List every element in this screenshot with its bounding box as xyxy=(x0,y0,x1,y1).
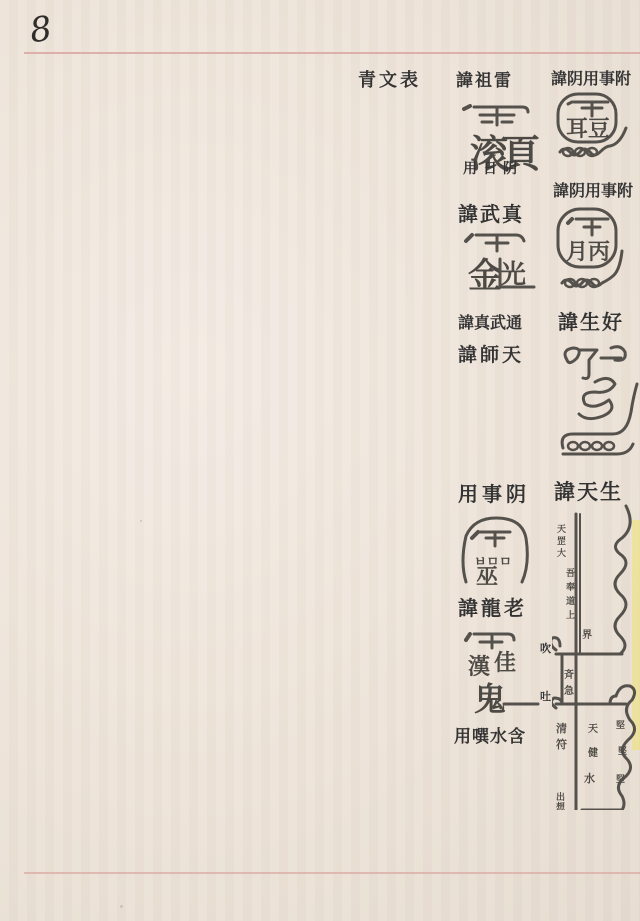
svg-text:堅: 堅 xyxy=(616,773,625,785)
caption-zhenwu: 諱真武通 xyxy=(458,310,522,333)
talisman-laolong: 漢 佳 鬼 xyxy=(460,622,550,726)
svg-text:界: 界 xyxy=(582,628,592,641)
caption-leizu: 用日阴 xyxy=(463,158,523,178)
svg-text:金: 金 xyxy=(468,256,502,295)
svg-text:上: 上 xyxy=(566,609,575,621)
diagram-side-label-chui: 吹 xyxy=(540,640,551,656)
svg-text:堅: 堅 xyxy=(618,745,627,757)
talisman-haosheng xyxy=(555,336,640,470)
svg-text:奉: 奉 xyxy=(565,581,575,593)
header-leizu: 諱祖雷 xyxy=(456,66,513,91)
svg-text:天: 天 xyxy=(588,723,598,735)
talisman-zhenwu-glyph-icon: 金 光 xyxy=(456,225,546,295)
svg-text:罡: 罡 xyxy=(557,535,566,547)
svg-text:健: 健 xyxy=(587,746,598,759)
diagram-label-wufeng: 吾 xyxy=(566,567,575,579)
header-yinyongshi-2: 諱阴用事附 xyxy=(553,178,633,201)
talisman-laolong-glyph-icon: 漢 佳 鬼 xyxy=(460,622,550,722)
title-tianshi: 諱師天 xyxy=(458,340,524,367)
svg-text:出: 出 xyxy=(556,791,565,803)
svg-text:水: 水 xyxy=(584,771,595,785)
talisman-boxed-2-glyph-icon: 月 丙 xyxy=(554,205,640,300)
diagram-side-label-tu: 吐 xyxy=(540,688,551,704)
talisman-haosheng-glyph-icon xyxy=(555,336,640,466)
title-haosheng: 諱生好 xyxy=(558,306,624,335)
talisman-diagram-lines-icon: 天 罡 大 吾 奉 道 上 界 斉 急 清 符 天 健 水 堅 堅 堅 出 想 xyxy=(552,500,640,810)
svg-text:清: 清 xyxy=(556,721,567,735)
bottom-rule xyxy=(24,872,640,874)
svg-text:道: 道 xyxy=(566,595,575,607)
svg-text:急: 急 xyxy=(564,684,575,697)
paper-speck xyxy=(140,520,142,522)
page-number: 8 xyxy=(27,9,54,52)
talisman-yin-use-glyph-icon: ㅂㅁㅁ 巫 xyxy=(456,512,538,592)
header-qingwenbiao: 青文表 xyxy=(358,66,421,92)
title-laolong: 諱龍老 xyxy=(458,592,527,621)
top-rule xyxy=(24,52,640,54)
svg-text:鬼: 鬼 xyxy=(474,680,506,718)
svg-text:豆: 豆 xyxy=(588,116,610,142)
svg-text:大: 大 xyxy=(557,547,566,559)
svg-text:堅: 堅 xyxy=(616,719,625,731)
svg-text:符: 符 xyxy=(556,737,567,751)
title-zhenwu: 諱武真 xyxy=(458,198,524,227)
title-yin-use: 用事阴 xyxy=(458,478,530,507)
talisman-zhenwu: 金 光 xyxy=(456,225,546,299)
caption-laolong: 用噀水含 xyxy=(454,722,526,747)
svg-text:佳: 佳 xyxy=(494,650,516,676)
svg-text:丙: 丙 xyxy=(588,239,610,265)
talisman-yin-use: ㅂㅁㅁ 巫 xyxy=(456,512,538,596)
talisman-boxed-2: 月 丙 xyxy=(554,205,640,304)
paper-speck xyxy=(120,905,123,908)
svg-text:耳: 耳 xyxy=(566,116,588,142)
svg-text:斉: 斉 xyxy=(564,668,574,681)
talisman-boxed-1-glyph-icon: 耳 豆 xyxy=(552,90,640,170)
header-yinyongshi: 諱阴用事附 xyxy=(551,66,631,89)
svg-text:巫: 巫 xyxy=(476,564,498,590)
svg-text:漢: 漢 xyxy=(468,654,490,680)
svg-text:天: 天 xyxy=(557,524,566,535)
talisman-boxed-1: 耳 豆 xyxy=(552,90,640,174)
talisman-diagram: 天 罡 大 吾 奉 道 上 界 斉 急 清 符 天 健 水 堅 堅 堅 出 想 xyxy=(552,500,640,814)
svg-text:想: 想 xyxy=(556,801,566,810)
svg-text:月: 月 xyxy=(566,239,588,265)
